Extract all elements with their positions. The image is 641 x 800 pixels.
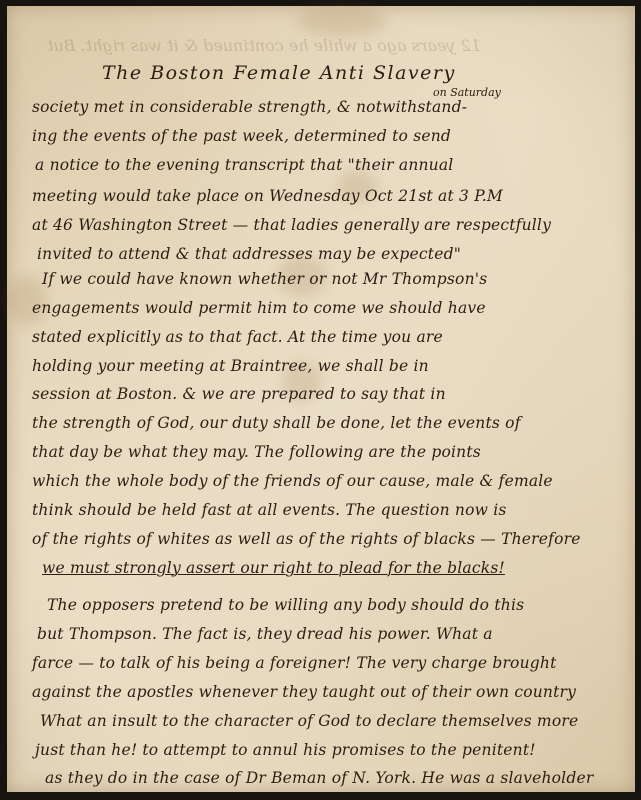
text-line: against the apostles whenever they taugh… [32, 683, 576, 701]
text-line: society met in considerable strength, & … [32, 98, 467, 116]
paragraph-start-line: The opposers pretend to be willing any b… [47, 596, 524, 614]
text-line: ing the events of the past week, determi… [32, 127, 451, 145]
text-line: which the whole body of the friends of o… [32, 472, 553, 490]
text-line: as they do in the case of Dr Beman of N.… [45, 769, 593, 787]
text-line: farce — to talk of his being a foreigner… [32, 654, 557, 672]
text-line: but Thompson. The fact is, they dread hi… [37, 625, 493, 643]
scan-frame: 12 years ago a while he continued & it w… [0, 0, 641, 800]
text-line: holding your meeting at Braintree, we sh… [32, 357, 429, 375]
stain [297, 6, 387, 36]
text-line: a notice to the evening transcript that … [35, 156, 453, 174]
text-line: the strength of God, our duty shall be d… [32, 414, 521, 432]
text-line: that day be what they may. The following… [32, 443, 481, 461]
text-line: at 46 Washington Street — that ladies ge… [32, 216, 551, 234]
text-line-underlined: we must strongly assert our right to ple… [42, 559, 505, 577]
text-line: session at Boston. & we are prepared to … [32, 385, 446, 403]
manuscript-page: 12 years ago a while he continued & it w… [7, 6, 635, 792]
text-line: of the rights of whites as well as of th… [32, 530, 581, 548]
text-line: just than he! to attempt to annul his pr… [35, 741, 536, 759]
letter-heading: The Boston Female Anti Slavery [102, 62, 456, 84]
text-line: think should be held fast at all events.… [32, 501, 507, 519]
text-line: engagements would permit him to come we … [32, 299, 486, 317]
text-line: meeting would take place on Wednesday Oc… [32, 187, 503, 205]
text-line: invited to attend & that addresses may b… [37, 245, 461, 263]
text-line: stated explicitly as to that fact. At th… [32, 328, 443, 346]
text-line: What an insult to the character of God t… [40, 712, 578, 730]
text-line: If we could have known whether or not Mr… [42, 270, 487, 288]
bleed-through-text: 12 years ago a while he continued & it w… [47, 36, 481, 55]
